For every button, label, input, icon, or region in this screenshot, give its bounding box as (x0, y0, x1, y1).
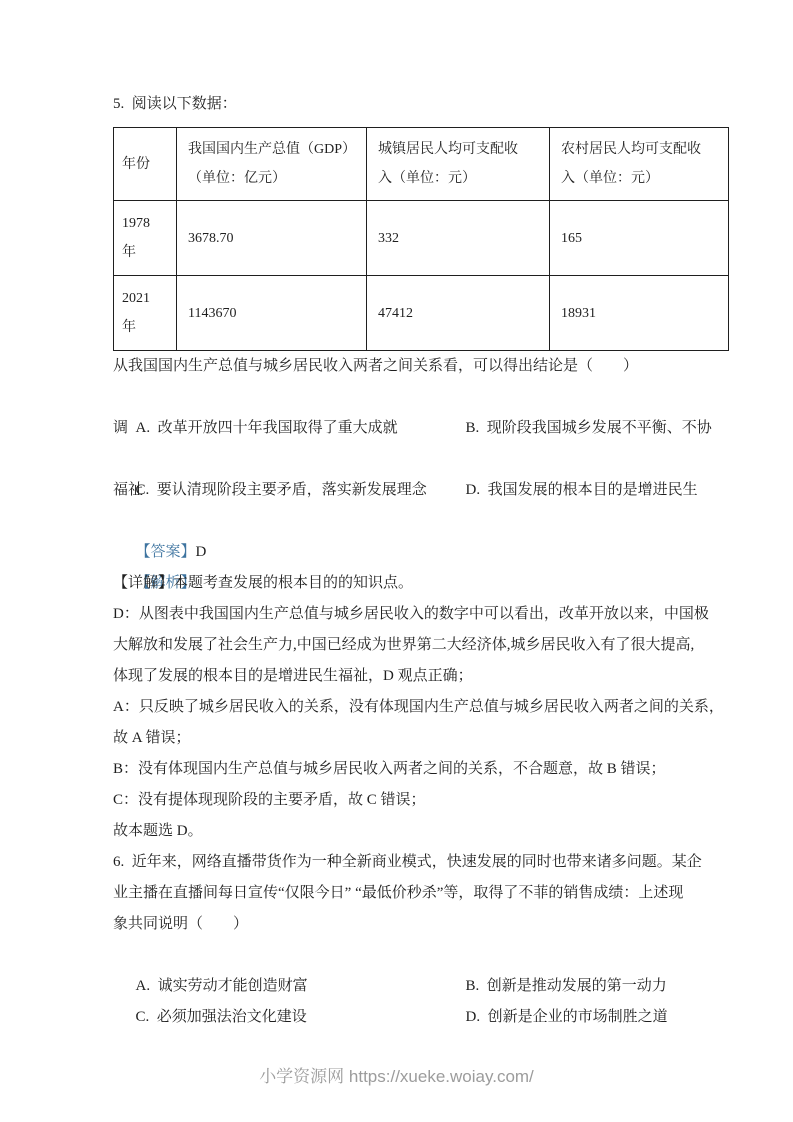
q6-options-row-ab: A. 诚实劳动才能创造财富B. 创新是推动发展的第一动力 (113, 940, 683, 971)
document-content: 5. 阅读以下数据： 年份 我国国内生产总值（GDP） （单位：亿元） 城镇居民… (113, 0, 683, 1002)
detail-line: D：从图表中我国国内生产总值与城乡居民收入的数字中可以看出，改革开放以来，中国极 (113, 599, 683, 630)
q5-option-d: D. 我国发展的根本目的是增进民生 (466, 482, 698, 498)
header-urban-income: 城镇居民人均可支配收 入（单位：元） (367, 128, 550, 201)
cell-year-1978: 1978 年 (114, 201, 177, 276)
cell-urban-1978: 332 (367, 201, 550, 276)
table-row: 1978 年 3678.70 332 165 (114, 201, 729, 276)
q5-option-b: B. 现阶段我国城乡发展不平衡、不协 (466, 420, 712, 436)
q5-option-c: C. 要认清现阶段主要矛盾，落实新发展理念 (136, 475, 466, 506)
header-gdp: 我国国内生产总值（GDP） （单位：亿元） (177, 128, 367, 201)
q5-data-table: 年份 我国国内生产总值（GDP） （单位：亿元） 城镇居民人均可支配收 入（单位… (113, 127, 729, 351)
q6-option-a: A. 诚实劳动才能创造财富 (136, 971, 466, 1002)
q6-option-b: B. 创新是推动发展的第一动力 (466, 978, 667, 994)
q5-intro-line: 5. 阅读以下数据： (113, 89, 683, 120)
detail-line: C：没有提体现现阶段的主要矛盾，故 C 错误； (113, 785, 683, 816)
detail-line: 故本题选 D。 (113, 816, 683, 847)
answer-line: 【答案】D (113, 506, 683, 537)
cell-year-2021: 2021 年 (114, 276, 177, 351)
q5-options-row-ab: A. 改革开放四十年我国取得了重大成就B. 现阶段我国城乡发展不平衡、不协 (113, 382, 683, 413)
cell-rural-2021: 18931 (550, 276, 729, 351)
footer-watermark: 小学资源网 https://xueke.woiay.com/ (0, 1062, 793, 1087)
q6-text-line: 6. 近年来，网络直播带货作为一种全新商业模式，快速发展的同时也带来诸多问题。某… (113, 847, 683, 878)
cell-gdp-1978: 3678.70 (177, 201, 367, 276)
q6-option-d: D. 创新是企业的市场制胜之道 (466, 1009, 668, 1025)
header-year: 年份 (114, 128, 177, 201)
exam-document-page: 5. 阅读以下数据： 年份 我国国内生产总值（GDP） （单位：亿元） 城镇居民… (0, 0, 793, 1122)
q5-option-a: A. 改革开放四十年我国取得了重大成就 (136, 413, 466, 444)
detail-line: 体现了发展的根本目的是增进民生福祉，D 观点正确； (113, 661, 683, 692)
detail-line: 【详解】本题考查发展的根本目的的知识点。 (113, 568, 683, 599)
cell-urban-2021: 47412 (367, 276, 550, 351)
detail-line: A：只反映了城乡居民收入的关系，没有体现国内生产总值与城乡居民收入两者之间的关系… (113, 692, 683, 723)
q6-text-line: 象共同说明（ ） (113, 909, 683, 940)
cell-gdp-2021: 1143670 (177, 276, 367, 351)
q6-option-c: C. 必须加强法治文化建设 (136, 1002, 466, 1033)
table-header-row: 年份 我国国内生产总值（GDP） （单位：亿元） 城镇居民人均可支配收 入（单位… (114, 128, 729, 201)
detail-line: 大解放和发展了社会生产力,中国已经成为世界第二大经济体,城乡居民收入有了很大提高… (113, 630, 683, 661)
q6-text-line: 业主播在直播间每日宣传“仅限今日” “最低价秒杀”等，取得了不菲的销售成绩：上述… (113, 878, 683, 909)
answer-value: D (196, 544, 207, 560)
table-row: 2021 年 1143670 47412 18931 (114, 276, 729, 351)
header-rural-income: 农村居民人均可支配收 入（单位：元） (550, 128, 729, 201)
cell-rural-1978: 165 (550, 201, 729, 276)
detail-line: 故 A 错误； (113, 723, 683, 754)
q5-options-row-cd: C. 要认清现阶段主要矛盾，落实新发展理念D. 我国发展的根本目的是增进民生 (113, 444, 683, 475)
detail-line: B：没有体现国内生产总值与城乡居民收入两者之间的关系，不合题意，故 B 错误； (113, 754, 683, 785)
q5-question-line: 从我国国内生产总值与城乡居民收入两者之间关系看，可以得出结论是（ ） (113, 351, 683, 382)
answer-label: 【答案】 (136, 544, 196, 560)
